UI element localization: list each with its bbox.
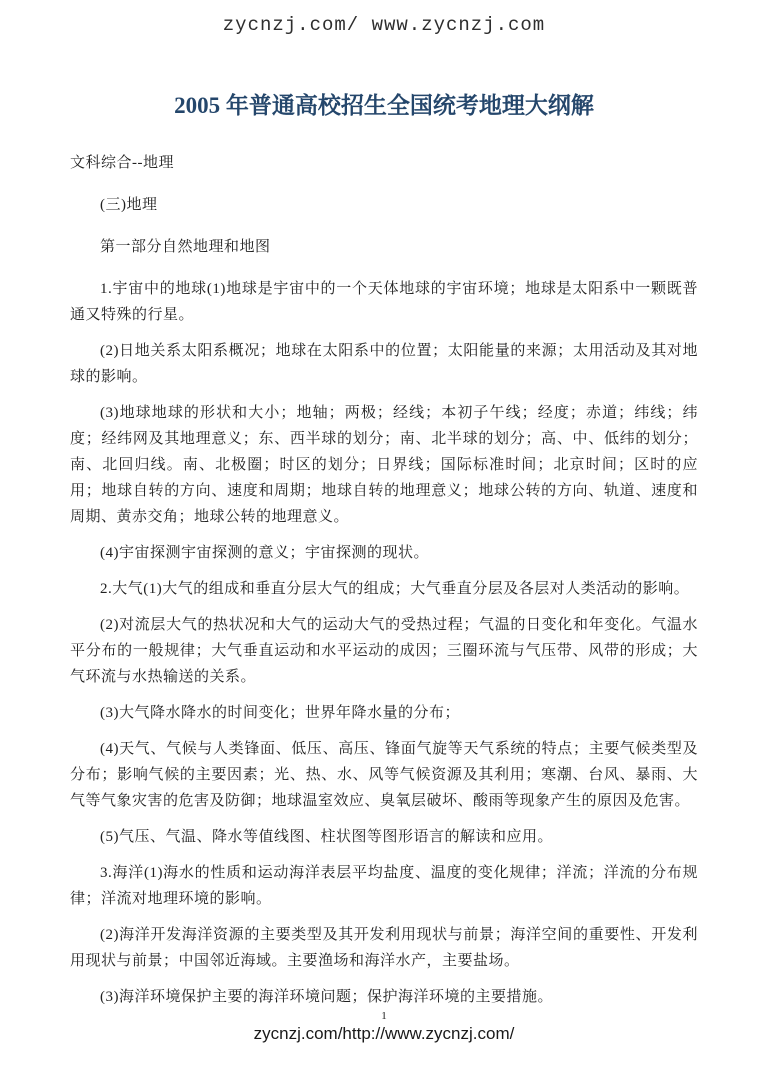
paragraph: (5)气压、气温、降水等值线图、柱状图等图形语言的解读和应用。 — [70, 824, 698, 850]
header-url: zycnzj.com/ www.zycnzj.com — [0, 0, 768, 36]
paragraph: (2)日地关系太阳系概况；地球在太阳系中的位置；太阳能量的来源；太用活动及其对地… — [70, 338, 698, 390]
footer-url: zycnzj.com/http://www.zycnzj.com/ — [0, 1023, 768, 1045]
section-heading: (三)地理 — [70, 192, 698, 218]
paragraph: 3.海洋(1)海水的性质和运动海洋表层平均盐度、温度的变化规律；洋流；洋流的分布… — [70, 860, 698, 912]
document-page: zycnzj.com/ www.zycnzj.com 2005 年普通高校招生全… — [0, 0, 768, 1087]
paragraph: (2)对流层大气的热状况和大气的运动大气的受热过程；气温的日变化和年变化。气温水… — [70, 612, 698, 690]
footer: 1 zycnzj.com/http://www.zycnzj.com/ — [0, 1010, 768, 1045]
section-label: 文科综合--地理 — [70, 150, 698, 176]
paragraph: (4)宇宙探测宇宙探测的意义；宇宙探测的现状。 — [70, 540, 698, 566]
paragraph: (4)天气、气候与人类锋面、低压、高压、锋面气旋等天气系统的特点；主要气候类型及… — [70, 736, 698, 814]
paragraph: (3)地球地球的形状和大小；地轴；两极；经线；本初子午线；经度；赤道；纬线；纬度… — [70, 400, 698, 530]
document-body: 文科综合--地理 (三)地理 第一部分自然地理和地图 1.宇宙中的地球(1)地球… — [0, 150, 768, 1010]
paragraph: (3)大气降水降水的时间变化；世界年降水量的分布； — [70, 700, 698, 726]
paragraph: (3)海洋环境保护主要的海洋环境问题；保护海洋环境的主要措施。 — [70, 984, 698, 1010]
paragraph: (2)海洋开发海洋资源的主要类型及其开发利用现状与前景；海洋空间的重要性、开发利… — [70, 922, 698, 974]
part-heading: 第一部分自然地理和地图 — [70, 234, 698, 260]
document-title: 2005 年普通高校招生全国统考地理大纲解 — [0, 90, 768, 122]
paragraph: 2.大气(1)大气的组成和垂直分层大气的组成；大气垂直分层及各层对人类活动的影响… — [70, 576, 698, 602]
paragraph: 1.宇宙中的地球(1)地球是宇宙中的一个天体地球的宇宙环境；地球是太阳系中一颗既… — [70, 276, 698, 328]
page-number: 1 — [0, 1010, 768, 1023]
